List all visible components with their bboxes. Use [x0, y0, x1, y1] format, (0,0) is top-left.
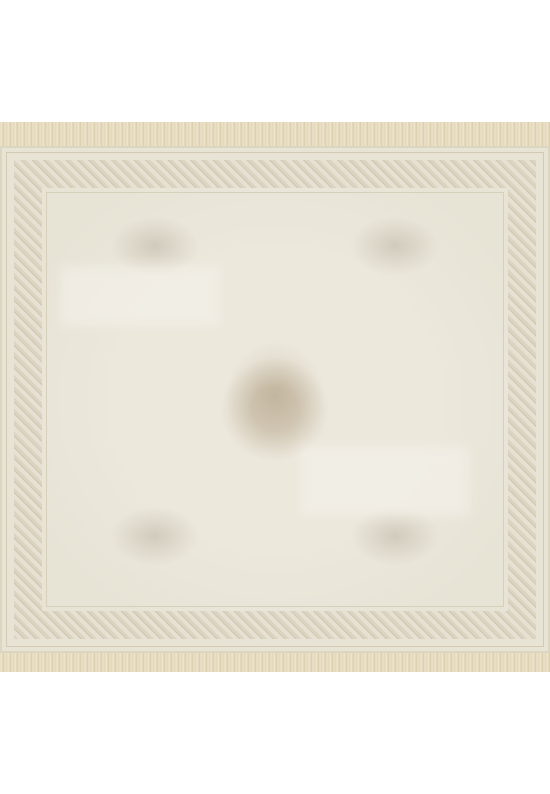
corner-motif-bottom-left	[110, 506, 200, 566]
bottom-fringe	[0, 653, 550, 672]
distressed-wash	[60, 266, 220, 326]
top-fringe	[0, 122, 550, 146]
center-medallion	[225, 341, 325, 451]
distressed-wash	[300, 446, 470, 516]
corner-motif-top-right	[350, 216, 440, 276]
rug-body	[0, 146, 550, 653]
